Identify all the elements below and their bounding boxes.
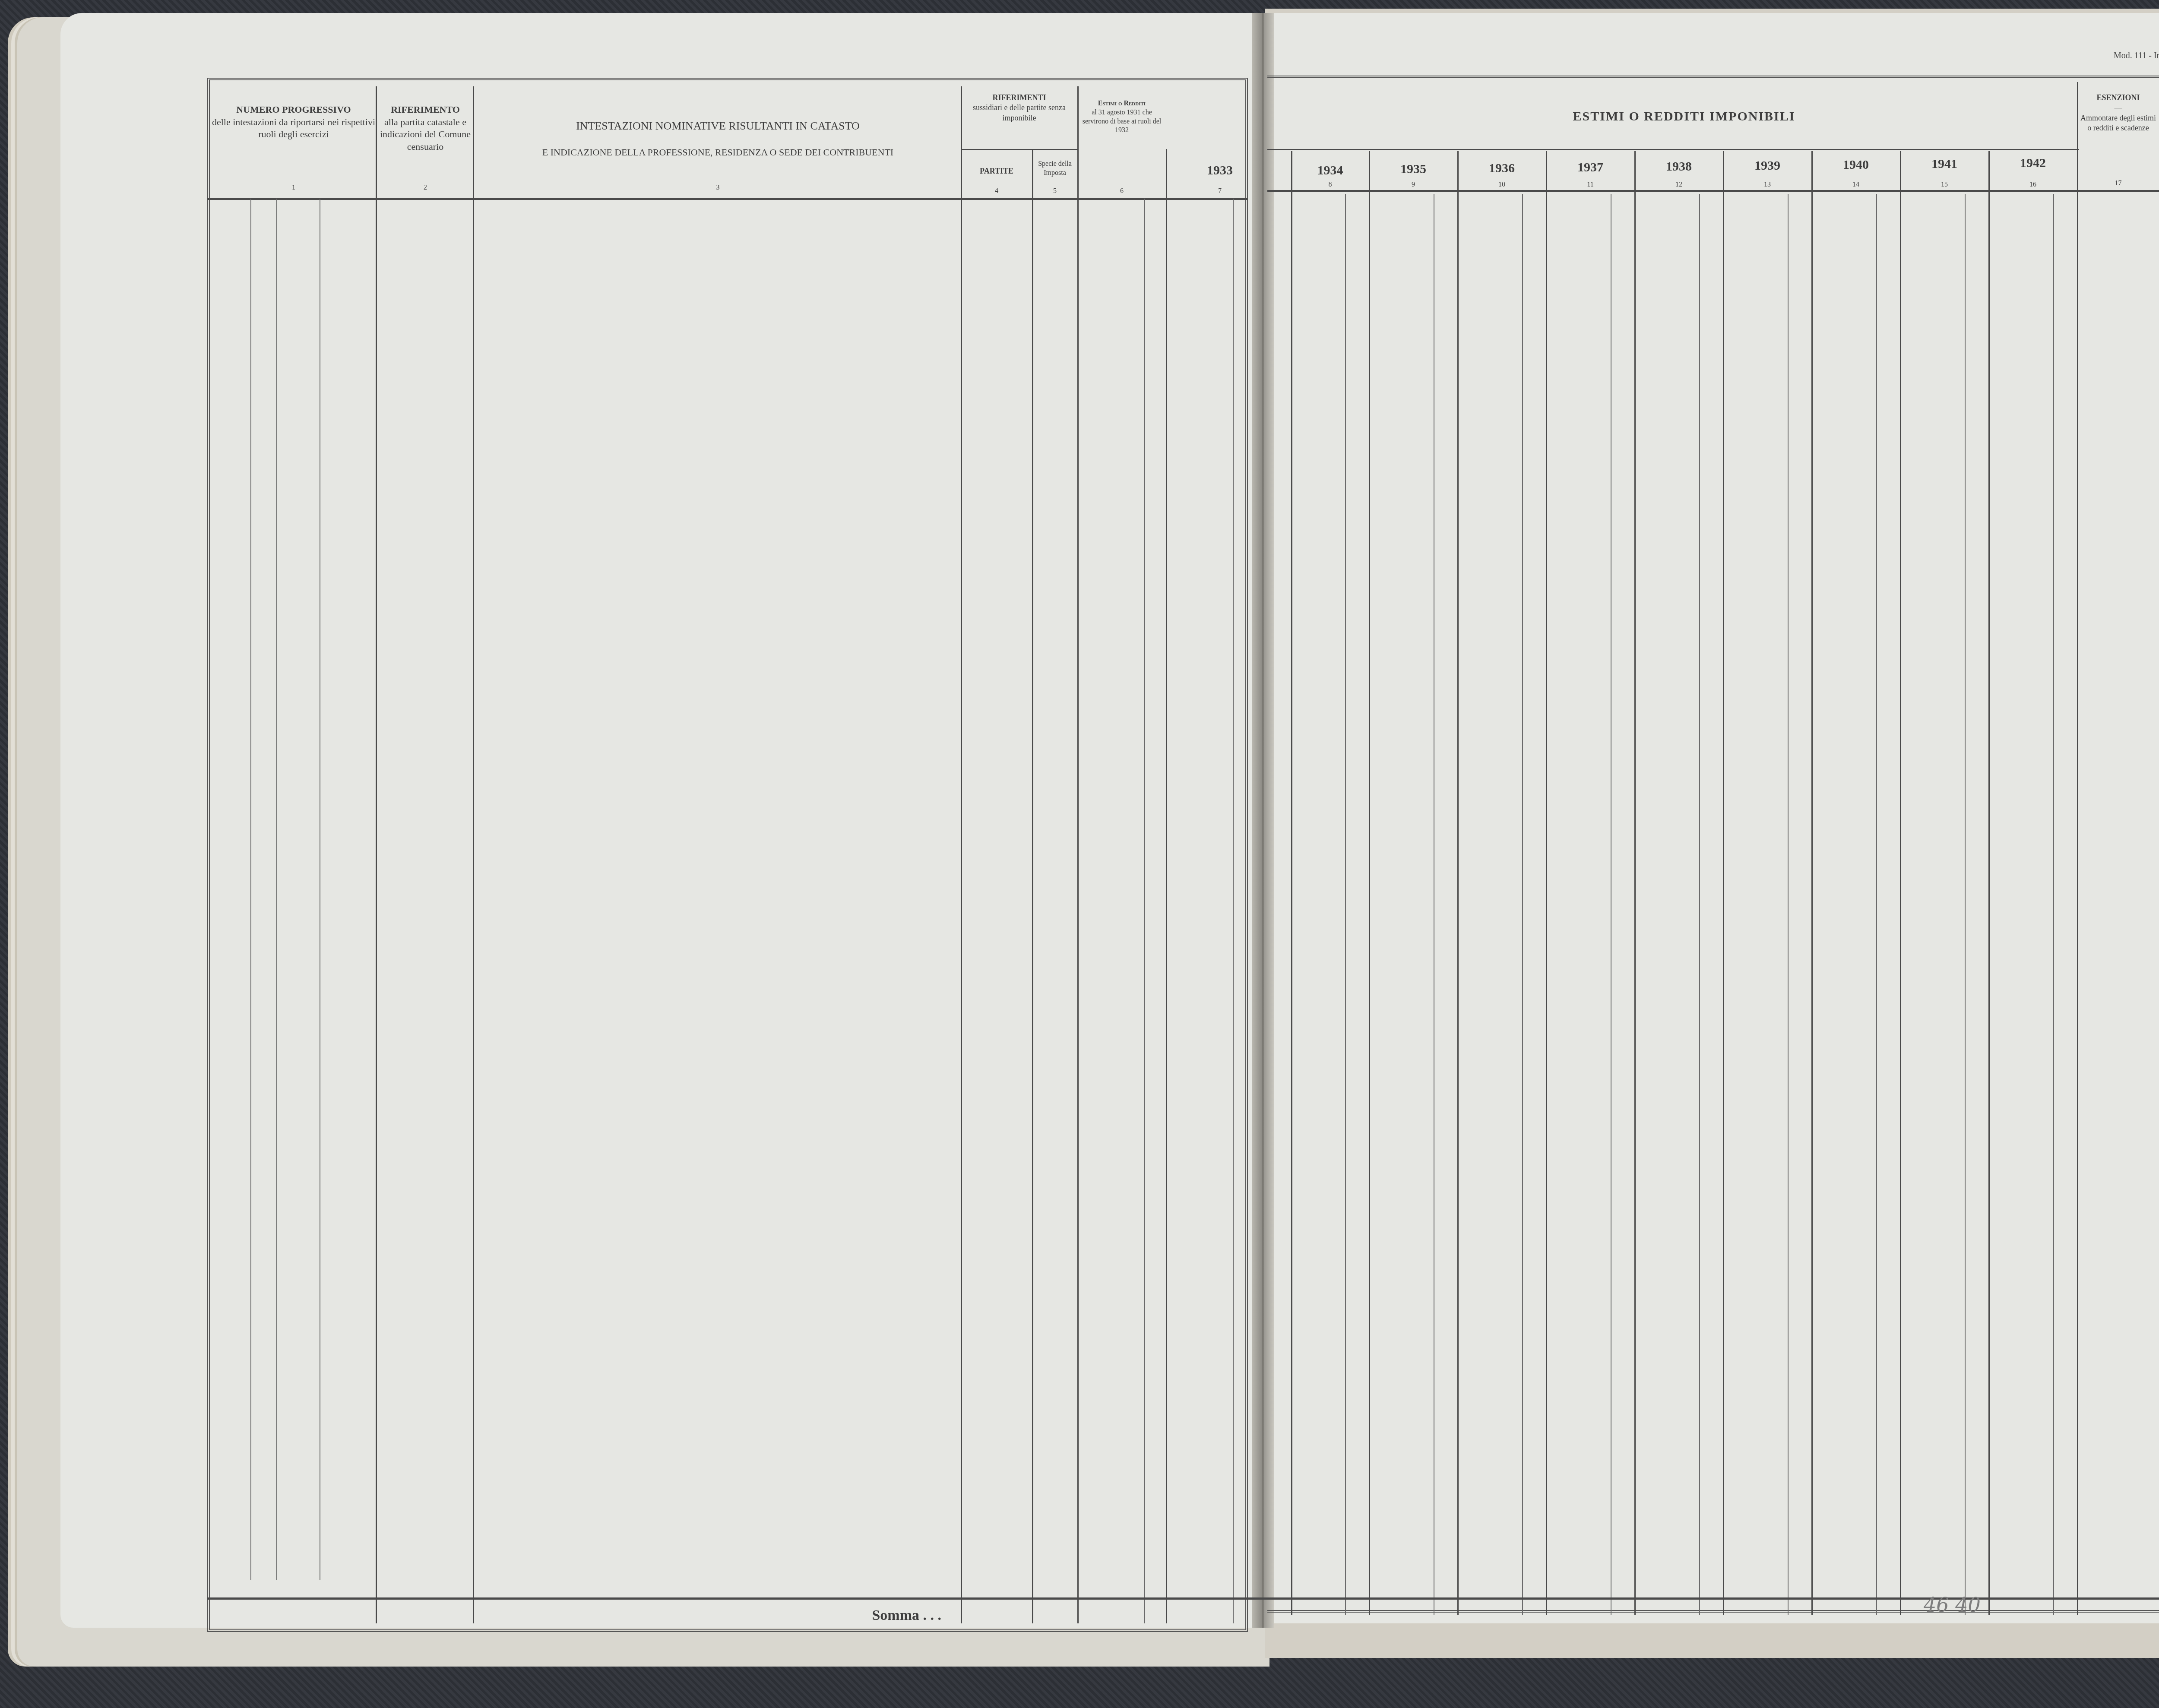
col7-number: 7 [1168,187,1272,196]
header-estimi-1931: Estimi o Redditi al 31 agosto 1931 che s… [1079,99,1165,135]
cents-subdivider [1965,194,1966,1615]
col2-title: RIFERIMENTO [378,104,473,116]
col-number: 8 [1292,180,1368,190]
year-subdivider [250,199,251,1580]
riferimenti-subheader-rule [961,149,1077,150]
col-number: 15 [1901,180,1988,190]
estimi-subheader-rule [1267,149,2079,150]
col5-number: 5 [1033,187,1076,196]
col17-dash: — [2078,103,2158,113]
header-bottom-rule-left [207,198,1248,200]
col-number: 9 [1370,180,1456,190]
col1-title: NUMERO PROGRESSIVO [212,104,376,116]
col-divider [2077,82,2078,1615]
cents-subdivider [1522,194,1523,1615]
cents-subdivider [1345,194,1346,1615]
header-year: 1942 [1990,155,2076,171]
header-partite: PARTITE [962,166,1031,176]
col17-subtitle: Ammontare degli estimi o redditi e scade… [2078,113,2158,133]
year-subdivider [276,199,277,1580]
header-year: 1935 [1370,161,1456,177]
total-1941: 46 40 [1924,1593,1981,1616]
header-year: 1934 [1292,162,1368,179]
col-number: 12 [1636,180,1722,190]
col-number: 11 [1547,180,1633,190]
col3-title: INTESTAZIONI NOMINATIVE RISULTANTI IN CA… [475,119,961,133]
header-estimi-imponibili: ESTIMI O REDDITI IMPONIBILI [1291,108,2077,125]
col6-title: Estimi o Redditi [1079,99,1165,108]
form-model-label: Mod. 111 - Imposte Dirette (Intercalare)… [2114,51,2159,61]
header-year: 1938 [1636,158,1722,175]
right-table-frame [1267,76,2159,1613]
col-subdivider [1144,199,1145,1623]
header-riferimenti-sussidiari: RIFERIMENTI sussidiari e delle partite s… [962,93,1076,123]
col1-subtitle: delle intestazioni da riportarsi nei ris… [212,116,376,141]
header-intestazioni: INTESTAZIONI NOMINATIVE RISULTANTI IN CA… [475,119,961,158]
left-table-frame [207,78,1248,1632]
header-specie-imposta: Specie della Imposta [1033,160,1076,178]
header-year: 1939 [1724,157,1811,174]
col6-subtitle: al 31 agosto 1931 che servirono di base … [1079,108,1165,135]
header-riferimento: RIFERIMENTO alla partita catastale e ind… [378,104,473,153]
col-number: 13 [1724,180,1811,190]
col-number: 16 [1990,180,2076,190]
header-esenzioni: ESENZIONI — Ammontare degli estimi o red… [2078,93,2158,133]
col-divider [1988,151,1990,1615]
header-year: 1937 [1547,159,1633,176]
cents-subdivider [1611,194,1611,1615]
col4-number: 4 [962,187,1031,196]
col17-title: ESENZIONI [2078,93,2158,103]
col-divider [1634,151,1636,1615]
col-number: 14 [1813,180,1899,190]
cents-subdivider [1699,194,1700,1615]
col-divider [1077,86,1079,1623]
col6-number: 6 [1079,187,1165,196]
col-divider [1723,151,1724,1615]
col-divider [1166,149,1167,1623]
col-divider [1457,151,1459,1615]
cents-subdivider [1434,194,1434,1615]
cents-subdivider [1876,194,1877,1615]
header-bottom-rule-right [1267,190,2159,192]
col-divider [473,86,474,1623]
col-divider [1811,151,1813,1615]
col-divider [1032,149,1033,1623]
col45-subtitle: sussidiari e delle partite senza imponib… [962,103,1076,123]
year-subdivider [320,199,320,1580]
totals-rule [207,1597,2159,1600]
col-subdivider [1233,199,1234,1623]
header-year: 1940 [1813,156,1899,173]
col-divider [1369,151,1370,1615]
col-divider [376,86,377,1623]
col2-subtitle: alla partita catastale e indicazioni del… [378,116,473,153]
col3-number: 3 [475,183,961,193]
col17-number: 17 [2078,179,2158,188]
col2-number: 2 [378,183,473,193]
col3-subtitle: E INDICAZIONE DELLA PROFESSIONE, RESIDEN… [475,146,961,159]
header-year: 1941 [1901,155,1988,172]
col-divider [1291,151,1292,1615]
sum-label: Somma . . . [812,1606,941,1625]
col1-number: 1 [212,183,376,193]
col-number: 10 [1459,180,1545,190]
col-divider [1900,151,1901,1615]
cents-subdivider [1788,194,1789,1615]
col-divider [1546,151,1547,1615]
header-year: 1936 [1459,160,1545,177]
cents-subdivider [2053,194,2054,1615]
header-year-1933: 1933 [1168,162,1272,179]
col-divider [961,86,962,1623]
col45-title: RIFERIMENTI [962,93,1076,103]
header-numero-progressivo: NUMERO PROGRESSIVO delle intestazioni da… [212,104,376,141]
